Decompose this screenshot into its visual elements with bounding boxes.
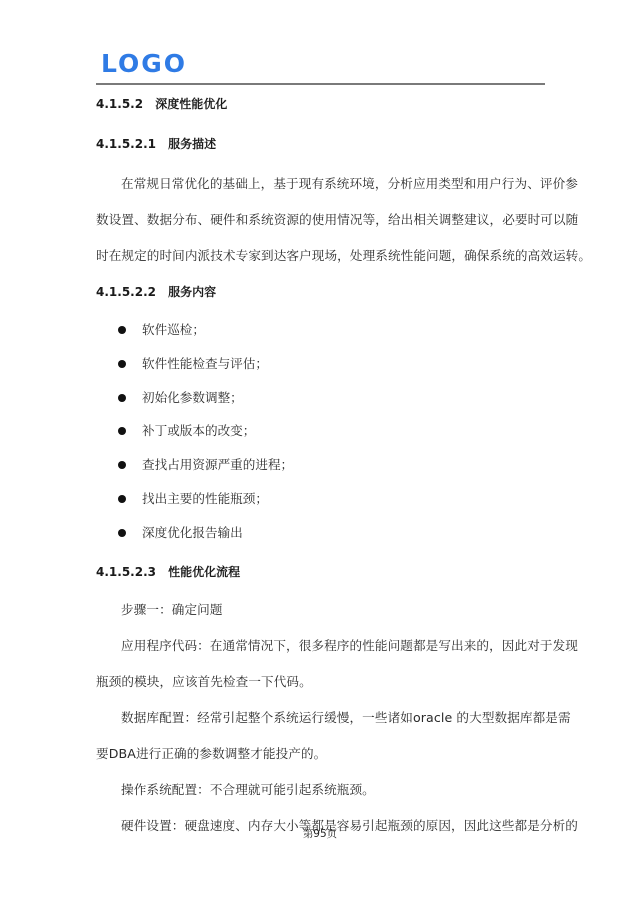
list-item: 深度优化报告输出 [118, 521, 293, 555]
bullet-icon [118, 427, 126, 435]
list-item: 软件巡检； [118, 318, 293, 352]
list-item: 查找占用资源严重的进程； [118, 453, 293, 487]
page-number: 第95页 [0, 826, 640, 841]
header-rule [96, 83, 545, 85]
app-code-line-1: 应用程序代码：在通常情况下，很多程序的性能问题都是写出来的，因此对于发现 [96, 628, 548, 664]
os-config-line: 操作系统配置：不合理就可能引起系统瓶颈。 [96, 772, 548, 808]
subsection-title: 服务描述 [168, 137, 216, 151]
service-content-list: 软件巡检； 软件性能检查与评估； 初始化参数调整； 补丁或版本的改变； 查找占用… [118, 318, 293, 555]
bullet-icon [118, 360, 126, 368]
subsection-number: 4.1.5.2.3 [96, 564, 156, 580]
db-config-line-2: 要DBA进行正确的参数调整才能投产的。 [96, 736, 548, 772]
bullet-icon [118, 394, 126, 402]
subsection-heading-optimization-process: 4.1.5.2.3 性能优化流程 [96, 564, 240, 580]
subsection-title: 服务内容 [168, 285, 216, 299]
paragraph-line: 时在规定的时间内派技术专家到达客户现场，处理系统性能问题，确保系统的高效运转。 [96, 238, 548, 274]
list-item: 初始化参数调整； [118, 386, 293, 420]
subsection-heading-service-content: 4.1.5.2.2 服务内容 [96, 284, 216, 300]
subsection-title: 性能优化流程 [168, 565, 240, 579]
paragraph-line: 在常规日常优化的基础上，基于现有系统环境，分析应用类型和用户行为、评价参 [96, 166, 548, 202]
section-number: 4.1.5.2 [96, 96, 143, 112]
bullet-icon [118, 461, 126, 469]
section-heading: 4.1.5.2 深度性能优化 [96, 96, 227, 112]
subsection-number: 4.1.5.2.2 [96, 284, 156, 300]
subsection-heading-service-description: 4.1.5.2.1 服务描述 [96, 136, 216, 152]
service-description-paragraph: 在常规日常优化的基础上，基于现有系统环境，分析应用类型和用户行为、评价参 数设置… [96, 166, 548, 274]
section-title: 深度性能优化 [155, 97, 227, 111]
bullet-icon [118, 529, 126, 537]
list-item: 软件性能检查与评估； [118, 352, 293, 386]
app-code-line-2: 瓶颈的模块，应该首先检查一下代码。 [96, 664, 548, 700]
list-item: 补丁或版本的改变； [118, 419, 293, 453]
list-item: 找出主要的性能瓶颈； [118, 487, 293, 521]
db-config-line-1: 数据库配置：经常引起整个系统运行缓慢，一些诸如oracle 的大型数据库都是需 [96, 700, 548, 736]
logo: LOGO [101, 51, 187, 77]
process-paragraphs: 步骤一：确定问题 应用程序代码：在通常情况下，很多程序的性能问题都是写出来的，因… [96, 592, 548, 844]
paragraph-line: 数设置、数据分布、硬件和系统资源的使用情况等，给出相关调整建议，必要时可以随 [96, 202, 548, 238]
bullet-icon [118, 495, 126, 503]
subsection-number: 4.1.5.2.1 [96, 136, 156, 152]
step-one-line: 步骤一：确定问题 [96, 592, 548, 628]
bullet-icon [118, 326, 126, 334]
